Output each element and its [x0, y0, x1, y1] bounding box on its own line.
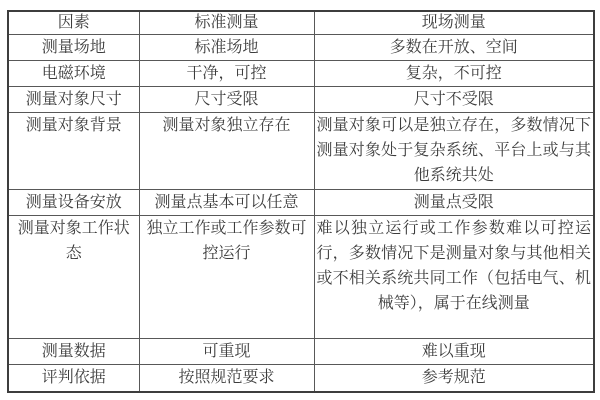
cell-standard: 标准场地: [139, 35, 314, 61]
header-standard-measurement: 标准测量: [139, 11, 314, 35]
cell-factor: 测量场地: [8, 35, 139, 61]
table-row: 测量对象背景 测量对象独立存在 测量对象可以是独立存在，多数情况下测量对象处于复…: [8, 113, 594, 190]
table-row: 测量对象尺寸 尺寸受限 尺寸不受限: [8, 87, 594, 113]
table-row: 测量设备安放 测量点基本可以任意 测量点受限: [8, 190, 594, 216]
cell-onsite: 复杂，不可控: [314, 61, 594, 87]
cell-factor: 测量数据: [8, 339, 139, 365]
cell-standard: 测量点基本可以任意: [139, 190, 314, 216]
table-row: 测量数据 可重现 难以重现: [8, 339, 594, 365]
cell-onsite: 难以重现: [314, 339, 594, 365]
cell-factor: 测量对象工作状态: [8, 216, 139, 339]
table-row: 电磁环境 干净，可控 复杂，不可控: [8, 61, 594, 87]
cell-onsite: 测量点受限: [314, 190, 594, 216]
table-row: 测量场地 标准场地 多数在开放、空间: [8, 35, 594, 61]
cell-standard: 干净，可控: [139, 61, 314, 87]
cell-onsite: 多数在开放、空间: [314, 35, 594, 61]
table-row: 测量对象工作状态 独立工作或工作参数可控运行 难以独立运行或工作参数难以可控运行…: [8, 216, 594, 339]
cell-factor: 测量设备安放: [8, 190, 139, 216]
cell-onsite: 参考规范: [314, 365, 594, 393]
cell-standard: 独立工作或工作参数可控运行: [139, 216, 314, 339]
cell-standard: 尺寸受限: [139, 87, 314, 113]
table-row: 评判依据 按照规范要求 参考规范: [8, 365, 594, 393]
cell-standard: 按照规范要求: [139, 365, 314, 393]
cell-factor: 电磁环境: [8, 61, 139, 87]
cell-standard: 可重现: [139, 339, 314, 365]
header-row: 因素 标准测量 现场测量: [8, 11, 594, 35]
cell-onsite: 尺寸不受限: [314, 87, 594, 113]
comparison-table: 因素 标准测量 现场测量 测量场地 标准场地 多数在开放、空间 电磁环境 干净，…: [7, 10, 595, 393]
cell-standard: 测量对象独立存在: [139, 113, 314, 190]
header-onsite-measurement: 现场测量: [314, 11, 594, 35]
cell-onsite: 测量对象可以是独立存在，多数情况下测量对象处于复杂系统、平台上或与其他系统共处: [314, 113, 594, 190]
cell-factor: 评判依据: [8, 365, 139, 393]
cell-onsite: 难以独立运行或工作参数难以可控运行，多数情况下是测量对象与其他相关或不相关系统共…: [314, 216, 594, 339]
cell-factor: 测量对象背景: [8, 113, 139, 190]
header-factor: 因素: [8, 11, 139, 35]
cell-factor: 测量对象尺寸: [8, 87, 139, 113]
